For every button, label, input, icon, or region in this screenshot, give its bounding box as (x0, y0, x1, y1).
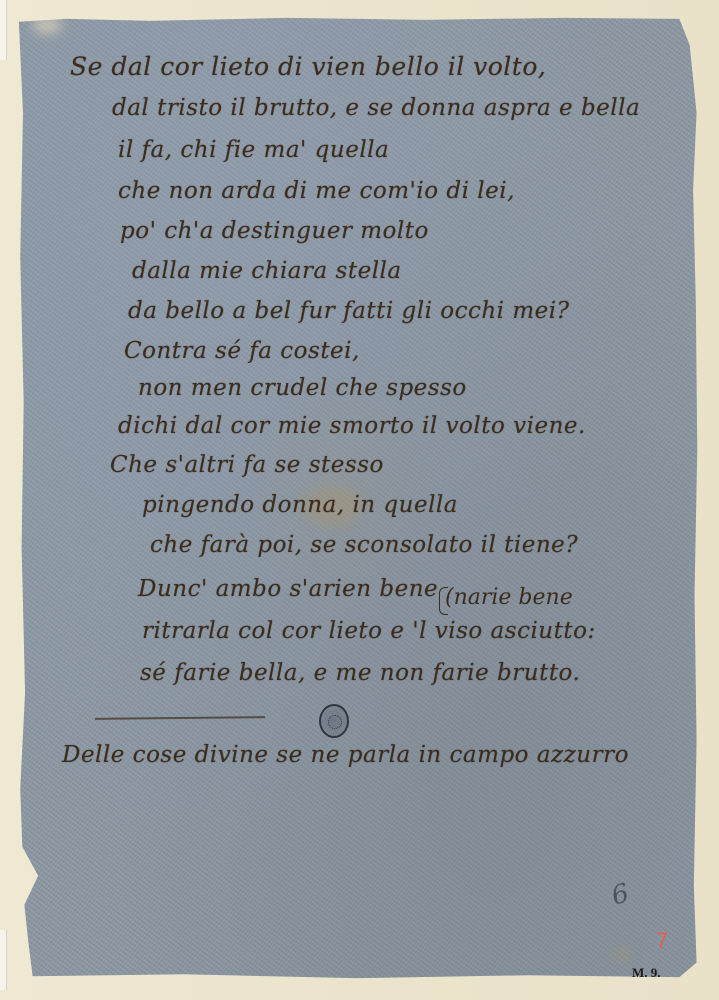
poem-line-6: dalla mie chiara stella (132, 258, 402, 284)
poem-line-7: da bello a bel fur fatti gli occhi mei? (128, 298, 569, 324)
marginal-correction: (narie bene (445, 585, 573, 610)
poem-line-14: Dunc' ambo s'arien bene (138, 576, 438, 602)
mount-tab (0, 930, 7, 990)
poem-line-15: ritrarla col cor lieto e 'l viso asciutt… (142, 618, 596, 644)
poem-line-11: Che s'altri fa se stesso (110, 452, 384, 478)
paper-stain (612, 946, 632, 962)
poem-line-5: po' ch'a destinguer molto (120, 218, 429, 244)
poem-line-10: dichi dal cor mie smorto il volto viene. (118, 413, 586, 439)
poem-line-13: che farà poi, se sconsolato il tiene? (150, 532, 578, 558)
red-folio-number: 7 (656, 928, 668, 954)
poem-line-12: pingendo donna, in quella (142, 492, 458, 518)
shelfmark-label: M. 9. (632, 965, 661, 981)
collection-stamp-icon (319, 704, 349, 738)
paper-stain (32, 16, 62, 34)
poem-line-16: sé farie bella, e me non farie brutto. (140, 660, 580, 686)
mount-tab (0, 0, 7, 60)
closing-line: Delle cose divine se ne parla in campo a… (62, 742, 629, 768)
archival-mount: Se dal cor lieto di vien bello il volto,… (0, 0, 719, 1000)
poem-line-8: Contra sé fa costei, (124, 338, 360, 364)
poem-line-2: dal tristo il brutto, e se donna aspra e… (112, 95, 640, 121)
poem-line-1: Se dal cor lieto di vien bello il volto, (70, 52, 546, 81)
poem-line-4: che non arda di me com'io di lei, (118, 178, 515, 204)
poem-line-3: il fa, chi fie ma' quella (118, 137, 389, 163)
poem-line-9: non men crudel che spesso (138, 375, 467, 401)
